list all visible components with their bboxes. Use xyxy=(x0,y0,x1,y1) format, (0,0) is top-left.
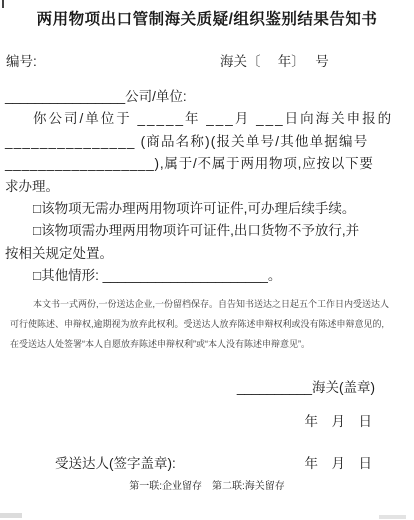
number-label: 编号: xyxy=(6,50,37,70)
customs-reference-number: 海关〔 年〕 号 xyxy=(220,50,329,70)
checkbox-icon: □ xyxy=(33,268,41,283)
rights-notice-paragraph: 本文书一式两份,一份送达企业,一份留档保存。自告知书送达之日起五个工作日内受送达… xyxy=(10,294,406,354)
option-line-no-license: □该物项无需办理两用物项许可证件,可办理后续手续。 xyxy=(5,198,407,220)
document-title: 两用物项出口管制海关质疑/组织鉴别结果告知书 xyxy=(0,7,414,29)
option-label-no-license: 该物项无需办理两用物项许可证件,可办理后续手续。 xyxy=(41,201,355,216)
option-label-other: 其他情形: ______________________。 xyxy=(41,268,281,283)
notice-line: 本文书一式两份,一份送达企业,一份留档保存。自告知书送达之日起五个工作日内受送达… xyxy=(10,294,406,314)
customs-seal-date: 年 月 日 xyxy=(305,410,373,430)
recipient-signature-date: 年 月 日 xyxy=(305,452,373,472)
addressee-line: ________________公司/单位: xyxy=(5,86,407,108)
option-label-license-required: 该物项需办理两用物项许可证件,出口货物不予放行,并 xyxy=(41,223,359,238)
notice-line: 在受送达人处签署“本人自愿放弃陈述申辩权利”或“本人没有陈述申辩意见”。 xyxy=(10,334,406,354)
declaration-line-3: __________________),属于/不属于两用物项,应按以下要 xyxy=(5,153,407,175)
page-edge-artifact-bottom-right xyxy=(379,515,406,519)
document-page: 两用物项出口管制海关质疑/组织鉴别结果告知书 编号: 海关〔 年〕 号 ____… xyxy=(0,0,414,520)
declaration-line-2: _______________ (商品名称)(报关单号/其他单据编号 xyxy=(5,131,407,153)
option-line-license-required-cont: 按相关规定处置。 xyxy=(5,243,407,265)
notice-line: 可行使陈述、申辩权,逾期视为放弃此权利。受送达人放弃陈述申辩权利或没有陈述申辩意… xyxy=(10,314,406,334)
recipient-signature-row: 受送达人(签字盖章): 年 月 日 xyxy=(0,452,414,470)
checkbox-icon: □ xyxy=(33,223,41,238)
customs-seal-line: __________海关(盖章) xyxy=(237,376,375,396)
document-body: ________________公司/单位: 你公司/单位于 _____年 __… xyxy=(5,86,407,288)
declaration-line-1: 你公司/单位于 _____年 ___月 ___日向海关申报的 xyxy=(5,108,407,130)
option-line-other: □其他情形: ______________________。 xyxy=(5,265,407,287)
declaration-line-4: 求办理。 xyxy=(5,176,407,198)
recipient-signature-label: 受送达人(签字盖章): xyxy=(55,452,176,472)
option-line-license-required: □该物项需办理两用物项许可证件,出口货物不予放行,并 xyxy=(5,220,407,242)
copies-distribution-note: 第一联:企业留存 第二联:海关留存 xyxy=(0,477,414,492)
header-reference-row: 编号: 海关〔 年〕 号 xyxy=(0,50,414,68)
page-edge-artifact-bottom-left xyxy=(0,513,22,518)
checkbox-icon: □ xyxy=(33,201,41,216)
